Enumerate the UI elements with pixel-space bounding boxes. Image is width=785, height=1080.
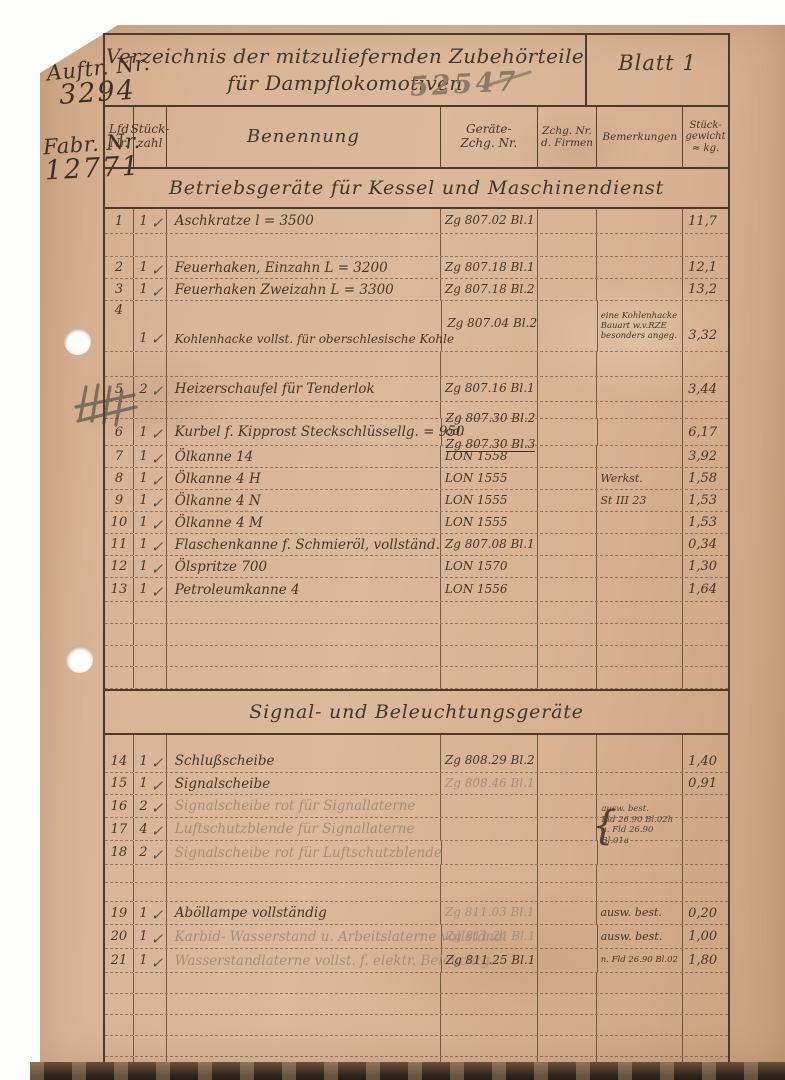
cell-benennung [167,994,441,1014]
cell-benennung [167,602,441,623]
cell-zchg-firmen [538,446,598,467]
cell-lfd-nr [105,1036,134,1056]
checkmark-icon: ✓ [151,777,164,795]
cell-geraete-zchg [442,841,538,864]
empty-row [105,883,728,902]
table-row: 201✓Karbid- Wasserstand u. Arbeitslatern… [105,925,728,949]
cell-bemerkungen [597,234,683,256]
empty-row [105,646,728,667]
cell-zchg-firmen [538,512,598,533]
cell-stueckzahl [134,973,167,993]
column-header-bemerkungen: Bemerkungen [597,107,683,167]
quantity: 1 [139,425,147,440]
table-body: Betriebsgeräte für Kessel und Maschinend… [105,167,728,1080]
cell-stueckzahl [134,234,167,256]
drawing-number: Zg 807.16 Bl.1 [445,382,535,395]
cell-lfd-nr [105,352,134,376]
cell-zchg-firmen [538,949,598,972]
item-name: Ölspritze 700 [175,559,267,575]
cell-gewicht: 3,32 [683,301,728,351]
cell-lfd-nr: 13 [105,578,134,601]
cell-zchg-firmen [538,994,598,1014]
cell-zchg-firmen [538,402,598,418]
column-header-line: zahl [137,137,162,151]
drawing-number: LON 1555 [445,472,508,485]
item-name: Ölkanne 14 [175,449,253,465]
cell-gewicht [683,795,728,817]
cell-benennung: Signalscheibe rot für Signallaterne [167,795,441,817]
cell-bemerkungen [597,446,683,467]
cell-zchg-firmen [538,419,598,445]
cell-geraete-zchg [441,602,538,623]
cell-zchg-firmen [538,865,598,882]
column-header-line: Stück- [131,123,170,137]
item-name: Aschkratze l = 3500 [175,213,314,229]
checkmark-icon: ✓ [151,538,164,556]
cell-benennung [167,352,441,376]
cell-stueckzahl [134,602,167,623]
cell-bemerkungen [597,624,683,645]
cell-bemerkungen [597,973,683,993]
checkmark-icon: ✓ [151,799,164,817]
cell-bemerkungen [597,1036,683,1056]
cell-zchg-firmen [538,377,598,401]
cell-lfd-nr: 15 [105,773,134,794]
cell-stueckzahl: 1✓ [134,512,167,533]
drawing-number: LON 1555 [445,494,508,507]
cell-zchg-firmen [538,534,598,555]
cell-stueckzahl: 1✓ [134,750,167,772]
cell-gewicht: 1,00 [683,925,728,948]
cell-geraete-zchg: Zg 807.30 Bl.2 od.Zg 807.30 Bl.3 [442,419,538,445]
cell-gewicht: 1,58 [683,468,728,489]
cell-stueckzahl: 1✓ [134,578,167,601]
scan-edge-shadow [30,1062,785,1080]
cell-zchg-firmen [538,468,598,489]
quantity: 2 [139,799,147,814]
cell-lfd-nr: 2 [105,257,134,278]
cell-benennung: Feuerhaken Zweizahn L = 3300 [167,279,441,300]
column-header-line: Benennung [247,127,360,148]
drawing-number: Zg 811.25 Bl.1 [446,954,536,967]
item-name: Feuerhaken Zweizahn L = 3300 [175,282,394,298]
cell-gewicht: 13,2 [683,279,728,300]
item-name: Signalscheibe [175,776,270,792]
cell-bemerkungen [597,646,683,666]
cell-gewicht [683,973,728,993]
cell-benennung: Ölspritze 700 [167,556,441,577]
cell-stueckzahl: 1✓ [134,556,167,577]
cell-geraete-zchg [441,1036,538,1056]
cell-stueckzahl: 1✓ [134,419,167,445]
cell-stueckzahl: 1✓ [134,209,167,233]
quantity: 1 [139,953,147,968]
drawing-number: LON 1556 [445,583,508,596]
quantity: 1 [139,582,147,597]
cell-lfd-nr [105,402,134,418]
cell-bemerkungen: ausw. best. [598,925,684,948]
remark: Fld 26.90 Bl.02h [601,815,683,826]
cell-geraete-zchg [441,795,538,817]
cell-benennung: Schlußscheibe [167,750,441,772]
cell-zchg-firmen [538,818,598,840]
table-row: 31✓Feuerhaken Zweizahn L = 3300Zg 807.18… [105,279,728,301]
cell-lfd-nr: 3 [105,279,134,300]
cell-gewicht: 3,44 [683,377,728,401]
cell-stueckzahl: 1✓ [134,949,167,972]
column-header-line: Stück- [689,120,721,132]
cell-stueckzahl: 1✓ [134,490,167,511]
quantity: 1 [139,471,147,486]
drawing-number: Zg 807.18 Bl.2 [445,283,535,296]
cell-bemerkungen [597,556,683,577]
cell-bemerkungen [597,209,683,233]
cell-lfd-nr [105,735,134,750]
cell-bemerkungen [597,352,683,376]
checkmark-icon: ✓ [151,516,164,534]
column-header-benennung: Benennung [167,107,441,167]
cell-stueckzahl: 1✓ [134,534,167,555]
drawing-number: Zg 811.24 Bl.1 [446,930,536,943]
cell-geraete-zchg: Zg 807.18 Bl.2 [441,279,538,300]
section-title: Signal- und Beleuchtungsgeräte [249,701,583,723]
column-header-geraete-zchg: Geräte-Zchg. Nr. [441,107,538,167]
cell-zchg-firmen [538,257,598,278]
cell-zchg-firmen [538,841,598,864]
quantity: 1 [139,776,147,791]
drawing-number: Zg 807.18 Bl.1 [445,261,535,274]
table-row: 121✓Ölspritze 700LON 15701,30 [105,556,728,578]
cell-benennung: Petroleumkanne 4 [167,578,441,601]
remark: besonders angeg. [601,331,677,341]
cell-gewicht [683,994,728,1014]
table-row: 211✓Wasserstandlaterne vollst. f. elektr… [105,949,728,973]
item-name: Luftschutzblende für Signallaterne [175,821,415,837]
cell-zchg-firmen [538,578,598,601]
cell-stueckzahl [134,402,167,418]
cell-stueckzahl: 1✓ [134,257,167,278]
section-header-row: Signal- und Beleuchtungsgeräte [105,689,728,735]
cell-geraete-zchg: Zg 807.02 Bl.1 [441,209,538,233]
scanned-document-page: { "colors":{"paper":"#d8b294","ink":"#41… [0,0,785,1080]
empty-row [105,1015,728,1036]
cell-geraete-zchg: Zg 811.24 Bl.1 [442,925,538,948]
remark: ausw. best. [601,804,683,815]
item-name: Kohlenhacke vollst. für oberschlesische … [175,332,454,346]
cell-zchg-firmen [538,1036,598,1056]
cell-stueckzahl [134,352,167,376]
table-row: 111✓Flaschenkanne f. Schmieröl, vollstän… [105,534,728,556]
cell-lfd-nr [105,994,134,1014]
checkmark-icon: ✓ [151,906,164,924]
cell-stueckzahl: 1✓ [134,925,167,948]
cell-lfd-nr [105,865,134,882]
cell-benennung: Ölkanne 4 H [167,468,441,489]
remark: ausw. best. [601,930,663,943]
cell-benennung: Aschkratze l = 3500 [167,209,441,233]
cell-lfd-nr [105,624,134,645]
table-row: 91✓Ölkanne 4 NLON 1555St III 231,53 [105,490,728,512]
remark: n. Fld 26.90 Bl.02 [601,955,678,965]
table-row: 41✓Kohlenhacke vollst. für oberschlesisc… [105,301,728,352]
cell-zchg-firmen [538,667,598,688]
cell-gewicht [683,602,728,623]
sheet-number: Blatt 1 [587,35,728,105]
cell-lfd-nr: 1 [105,209,134,233]
cell-geraete-zchg [441,234,538,256]
cell-gewicht [683,402,728,418]
cell-gewicht [683,818,728,840]
table-row: 174✓Luftschutzblende für Signallaterne{a… [105,818,728,841]
checkmark-icon: ✓ [151,425,164,443]
cell-benennung [167,865,441,882]
cell-stueckzahl [134,1015,167,1035]
cell-gewicht [683,352,728,376]
cell-bemerkungen [597,773,683,794]
cell-lfd-nr: 7 [105,446,134,467]
empty-row [105,234,728,257]
cell-lfd-nr: 19 [105,902,134,924]
cell-benennung [167,646,441,666]
remark: Werkst. [600,472,642,485]
cell-zchg-firmen [538,234,598,256]
empty-row [105,667,728,689]
cell-geraete-zchg: Zg 807.18 Bl.1 [441,257,538,278]
cell-geraete-zchg: LON 1558 [441,446,538,467]
item-name: Heizerschaufel für Tenderlok [175,381,375,397]
checkmark-icon: ✓ [151,472,164,490]
cell-geraete-zchg: LON 1555 [441,468,538,489]
cell-lfd-nr: 11 [105,534,134,555]
quantity: 1 [139,515,147,530]
checkmark-icon: ✓ [151,450,164,468]
empty-row [105,352,728,377]
cell-zchg-firmen [538,646,598,666]
column-header-line: Zchg. Nr. [460,137,517,151]
cell-geraete-zchg: Zg 808.46 Bl.1 [441,773,538,794]
cell-benennung [167,667,441,688]
cell-lfd-nr: 9 [105,490,134,511]
drawing-number: Zg 807.04 Bl.2 [447,317,537,330]
cell-gewicht: 0,91 [683,773,728,794]
cell-lfd-nr: 10 [105,512,134,533]
cell-geraete-zchg: Zg 808.29 Bl.2 [441,750,538,772]
quantity: 1 [139,493,147,508]
document-title: Verzeichnis der mitzuliefernden Zubehört… [105,35,587,105]
cell-gewicht: 6,17 [683,419,728,445]
cell-geraete-zchg: Zg 807.08 Bl.1 [441,534,538,555]
cell-bemerkungen [597,279,683,300]
hole-punch-top [64,328,91,355]
empty-row [105,973,728,994]
cell-benennung [167,1036,441,1056]
cell-gewicht: 1,64 [683,578,728,601]
table-row: 61✓Kurbel f. Kipprost Steckschlüssellg. … [105,419,728,446]
cell-geraete-zchg [441,624,538,645]
cell-benennung: Ölkanne 14 [167,446,441,467]
cell-stueckzahl [134,735,167,750]
drawing-number: Zg 807.08 Bl.1 [445,538,535,551]
cell-benennung [167,735,441,750]
table-row: 151✓SignalscheibeZg 808.46 Bl.10,91 [105,773,728,795]
cell-gewicht [683,735,728,750]
table-row: 21✓Feuerhaken, Einzahn L = 3200Zg 807.18… [105,257,728,279]
cell-benennung: Kohlenhacke vollst. für oberschlesische … [167,301,442,351]
table-row: 131✓Petroleumkanne 4LON 15561,64 [105,578,728,602]
drawing-number: Zg 808.29 Bl.2 [445,754,535,767]
cell-geraete-zchg: Zg 811.03 Bl.1 [441,902,538,924]
quantity: 1 [139,906,147,921]
cell-bemerkungen [598,419,684,445]
cell-lfd-nr: 8 [105,468,134,489]
cell-zchg-firmen [538,209,598,233]
checkmark-icon: ✓ [151,583,164,601]
cell-lfd-nr [105,602,134,623]
table-row: 182✓Signalscheibe rot für Luftschutzblen… [105,841,728,865]
cell-gewicht [683,883,728,901]
cell-benennung: Signalscheibe [167,773,441,794]
cell-zchg-firmen [538,750,598,772]
cell-lfd-nr [105,667,134,688]
column-header-line: Nr. [110,137,129,151]
cell-geraete-zchg: LON 1556 [441,578,538,601]
cell-lfd-nr: 5 [105,377,134,401]
quantity: 1 [139,754,147,769]
item-name: Flaschenkanne f. Schmieröl, vollständ. [175,537,440,553]
item-name: Schlußscheibe [175,753,275,769]
cell-benennung [167,883,441,901]
cell-benennung: Kurbel f. Kipprost Steckschlüssellg. = 9… [167,419,442,445]
checkmark-icon: ✓ [151,754,164,772]
cell-bemerkungen [597,735,683,750]
cell-stueckzahl: 1✓ [134,446,167,467]
item-name: Feuerhaken, Einzahn L = 3200 [175,260,388,276]
cell-benennung: Luftschutzblende für Signallaterne [167,818,441,840]
item-name: Ölkanne 4 N [175,493,261,509]
quantity: 1 [139,282,147,297]
cell-benennung [167,624,441,645]
cell-geraete-zchg [441,667,538,688]
checkmark-icon: ✓ [151,822,164,840]
table-row: 11✓Aschkratze l = 3500Zg 807.02 Bl.111,7 [105,209,728,234]
cell-lfd-nr: 14 [105,750,134,772]
cell-gewicht [683,624,728,645]
column-header-lfd: LfdNr. [105,107,134,167]
cell-lfd-nr: 18 [105,841,134,864]
cell-geraete-zchg: LON 1555 [441,490,538,511]
cell-lfd-nr [105,973,134,993]
remark: St III 23 [600,494,646,507]
cell-benennung: Flaschenkanne f. Schmieröl, vollständ. [167,534,441,555]
cell-gewicht: 12,1 [683,257,728,278]
table-row: 81✓Ölkanne 4 HLON 1555Werkst.1,58 [105,468,728,490]
cell-gewicht [683,1015,728,1035]
cell-gewicht: 1,30 [683,556,728,577]
empty-row [105,624,728,646]
item-name: Petroleumkanne 4 [175,582,300,598]
column-header-line: gewicht [685,131,725,143]
cell-stueckzahl: 1✓ [134,301,167,351]
remark: eine Kohlenhacke [601,311,677,321]
cell-lfd-nr [105,234,134,256]
cell-gewicht: 1,40 [683,750,728,772]
drawing-number: Zg 808.46 Bl.1 [445,777,535,790]
cell-stueckzahl: 2✓ [134,795,167,817]
checkmark-icon: ✓ [151,330,164,348]
cell-lfd-nr: 6 [105,419,134,445]
table-row: 141✓SchlußscheibeZg 808.29 Bl.21,40 [105,750,728,773]
cell-gewicht: 1,53 [683,490,728,511]
cell-geraete-zchg: Zg 811.25 Bl.1 [442,949,538,972]
empty-row [105,994,728,1015]
cell-bemerkungen [597,377,683,401]
item-name: Ölkanne 4 H [175,471,261,487]
table-row: 52✓Heizerschaufel für TenderlokZg 807.16… [105,377,728,402]
cell-stueckzahl [134,624,167,645]
cell-zchg-firmen [538,490,598,511]
item-name: Signalscheibe rot für Luftschutzblende [175,845,442,861]
item-name: Kurbel f. Kipprost Steckschlüssellg. = 9… [175,424,465,440]
cell-benennung: Heizerschaufel für Tenderlok [167,377,441,401]
cell-stueckzahl [134,883,167,901]
cell-gewicht [683,1036,728,1056]
drawing-number: Zg 807.30 Bl.2 od. [446,412,537,438]
cell-lfd-nr [105,883,134,901]
cell-zchg-firmen [538,773,598,794]
cell-geraete-zchg: LON 1570 [441,556,538,577]
cell-bemerkungen [597,1015,683,1035]
drawing-number: LON 1555 [445,516,508,529]
cell-bemerkungen [597,602,683,623]
cell-zchg-firmen [538,301,598,351]
column-header-stueckgewicht: Stück-gewicht≈ kg. [683,107,728,167]
cell-stueckzahl: 4✓ [134,818,167,840]
cell-zchg-firmen [538,883,598,901]
quantity: 1 [139,331,147,346]
cell-gewicht: 3,92 [683,446,728,467]
empty-row [105,1036,728,1057]
cell-benennung: Karbid- Wasserstand u. Arbeitslaterne vo… [167,925,442,948]
section-header-row: Betriebsgeräte für Kessel und Maschinend… [105,167,728,209]
cell-bemerkungen [597,578,683,601]
cell-bemerkungen [597,512,683,533]
column-header-line: Lfd [109,123,129,137]
quantity: 1 [139,929,147,944]
cell-geraete-zchg [441,735,538,750]
cell-gewicht [683,667,728,688]
cell-geraete-zchg [441,1015,538,1035]
checkmark-icon: ✓ [151,846,164,864]
cell-bemerkungen: Werkst. [597,468,683,489]
column-header-line: Zchg. Nr. [542,125,592,137]
cell-zchg-firmen [538,352,598,376]
cell-bemerkungen [597,257,683,278]
cell-stueckzahl [134,994,167,1014]
table-row: 101✓Ölkanne 4 MLON 15551,53 [105,512,728,534]
cell-zchg-firmen [538,279,598,300]
drawing-number: Zg 811.03 Bl.1 [445,906,535,919]
cell-bemerkungen: n. Fld 26.90 Bl.02 [598,949,684,972]
quantity: 1 [139,214,147,229]
quantity: 1 [139,559,147,574]
cell-zchg-firmen [538,735,598,750]
checkmark-icon: ✓ [151,560,164,578]
checkmark-icon: ✓ [151,494,164,512]
cell-bemerkungen [597,994,683,1014]
handwritten-number: 52547 [409,64,520,106]
item-name: Signalscheibe rot für Signallaterne [175,798,416,814]
cell-gewicht [683,865,728,882]
